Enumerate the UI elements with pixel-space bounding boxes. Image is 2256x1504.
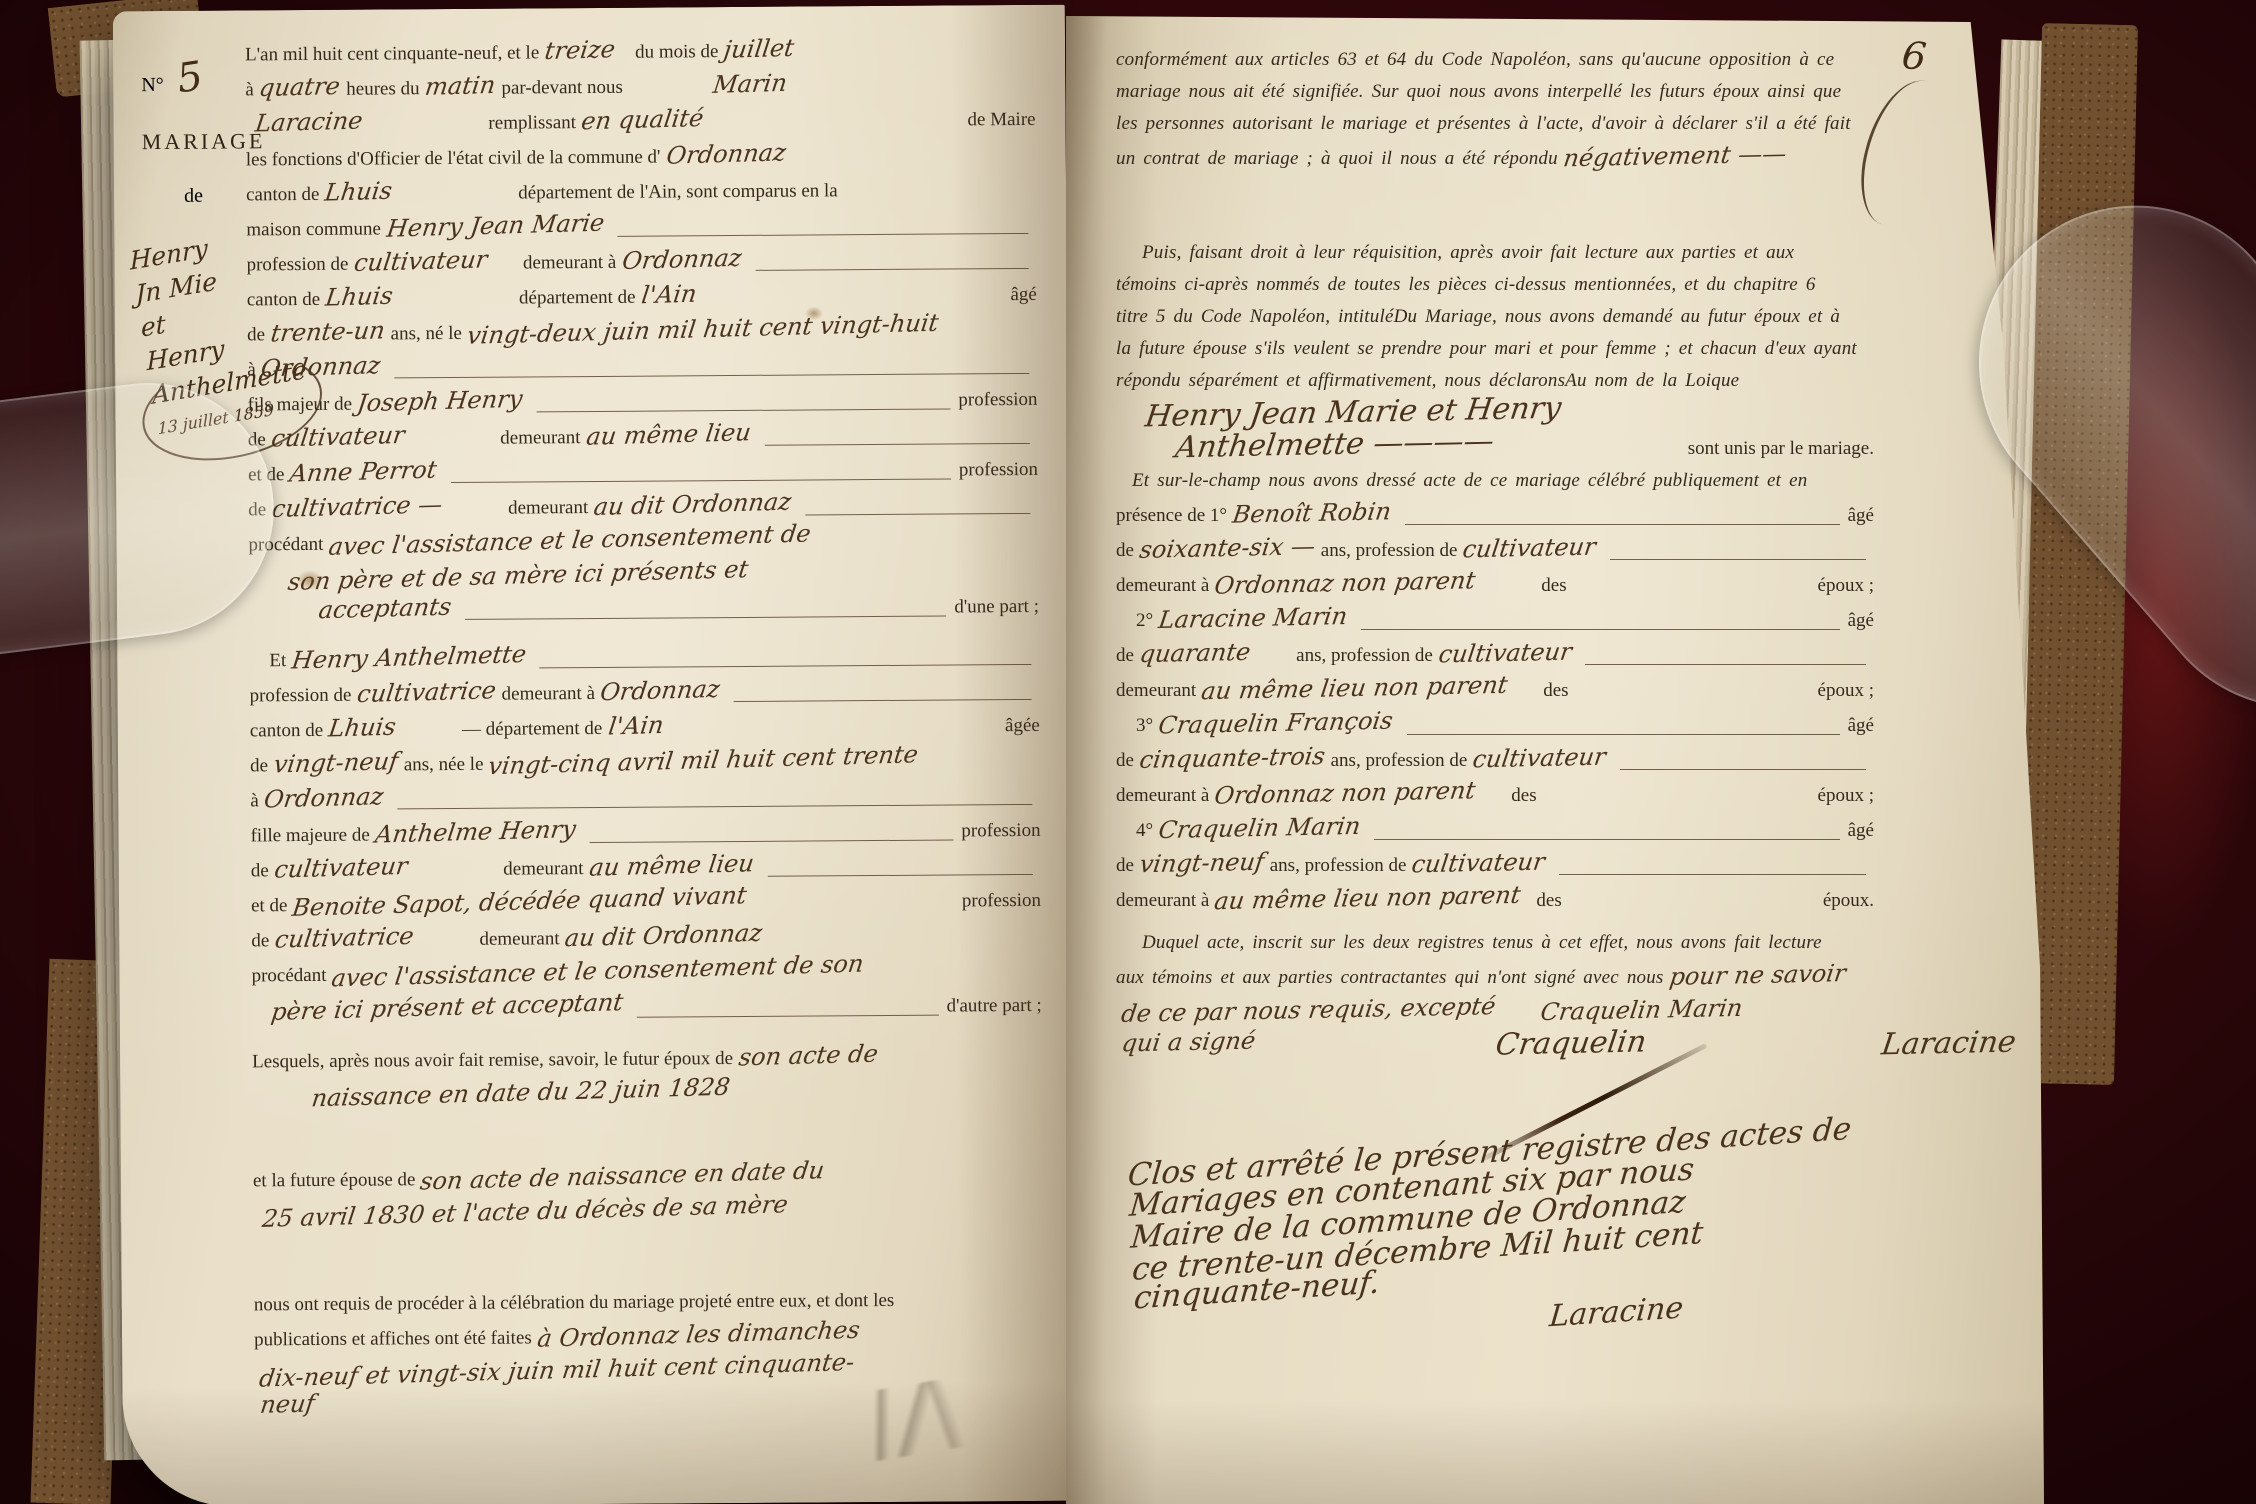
margin-name-line: Jn Mie [135, 259, 252, 313]
rule-line [1374, 839, 1839, 840]
handwritten-text: cinquante-trois [1137, 740, 1327, 776]
handwritten-text: qui a signé [1120, 1025, 1258, 1060]
form-line: fils majeur deJoseph Henryprofession [247, 381, 1037, 422]
printed-text: ans, né le [391, 318, 462, 350]
handwritten-text: cultivatrice [273, 920, 416, 956]
printed-text: fille majeure de [250, 820, 369, 853]
handwritten-text: soixante-six — [1137, 530, 1317, 566]
printed-text: un contrat de mariage ; à quoi il nous a… [1116, 143, 1558, 175]
form-line: la future épouse s'ils veulent se prendr… [1116, 333, 1874, 365]
handwritten-text: Ordonnaz [599, 673, 722, 708]
handwritten-text: vingt-deux juin mil huit cent vingt-huit [465, 307, 940, 352]
printed-text: d'autre part ; [946, 990, 1041, 1023]
handwritten-text: au même lieu non parent [1200, 669, 1510, 707]
margin-name-line: et [141, 292, 258, 346]
rule-line [637, 1015, 939, 1018]
handwritten-text: en qualité [580, 102, 706, 137]
form-line: Duquel acte, inscrit sur les deux regist… [1116, 927, 1874, 959]
handwritten-text: cultivateur [269, 419, 406, 455]
form-line: decultivateurdemeurantau même lieu [251, 847, 1041, 888]
printed-text: époux ; [1818, 780, 1874, 812]
printed-text: demeurant à [502, 678, 596, 711]
handwritten-text: cinquante-neuf. [1133, 1266, 1382, 1314]
printed-text: profession [958, 384, 1037, 417]
rule-line [1405, 524, 1840, 525]
printed-text: la future épouse s'ils veulent se prendr… [1116, 333, 1857, 365]
rule-line [734, 699, 1032, 702]
printed-text: fils majeur de [247, 389, 352, 422]
form-line: 3°Craquelin Françoisâgé [1116, 707, 1874, 742]
handwritten-text: Laracine Marin [1157, 600, 1350, 636]
rule-line [764, 443, 1029, 446]
page-number: 6 [1900, 33, 1929, 79]
printed-text: par-devant nous [501, 72, 623, 105]
form-line: profession decultivateurdemeurant àOrdon… [246, 241, 1036, 282]
handwritten-text: quatre [258, 70, 343, 104]
handwritten-text: Ordonnaz non parent [1213, 564, 1478, 601]
printed-text: de [251, 855, 269, 887]
printed-text: de [250, 750, 268, 782]
right-page: 6 conformément aux articles 63 et 64 du … [1066, 16, 2044, 1504]
printed-text: Lesquels, après nous avoir fait remise, … [252, 1043, 733, 1078]
printed-text: Puis, faisant droit à leur réquisition, … [1142, 237, 1794, 269]
printed-text: des [1511, 780, 1536, 812]
printed-text: âgé [1848, 710, 1874, 742]
printed-text: à [250, 785, 259, 817]
handwritten-text: ce trente-un décembre Mil huit cent [1131, 1217, 1705, 1286]
handwritten-text: de ce par nous requis, excepté [1119, 990, 1497, 1030]
form-line: les fonctions d'Officier de l'état civil… [246, 136, 1036, 177]
printed-text: âgé [1848, 815, 1874, 847]
rule-line [755, 268, 1028, 271]
printed-text: département de l'Ain, sont comparus en l… [518, 175, 838, 209]
handwritten-text: Ordonnaz [620, 242, 743, 277]
rule-line [1610, 559, 1866, 560]
handwritten-text: son père et de sa mère ici présents et [286, 553, 750, 598]
handwritten-text: treize [543, 33, 617, 67]
form-line: àquatreheures dumatinpar-devant nousMari… [245, 66, 1035, 107]
handwritten-text: son acte de naissance en date du [419, 1154, 827, 1197]
printed-text: profession [959, 454, 1038, 487]
handwritten-text: Craquelin Marin [1157, 810, 1363, 846]
handwritten-text: au même lieu non parent [1213, 879, 1523, 917]
printed-text: demeurant [479, 923, 559, 956]
rule-line [590, 839, 954, 843]
form-line: demeurant àOrdonnaz non parentdesépoux ; [1116, 777, 1874, 812]
handwritten-text: cultivateur [272, 850, 409, 886]
form-line: àOrdonnaz [250, 777, 1040, 818]
printed-text: demeurant à [1116, 780, 1209, 812]
rule-line [395, 373, 1030, 378]
printed-text: des [1536, 885, 1561, 917]
handwritten-text: père ici présent et acceptant [269, 986, 625, 1028]
form-line: 25 avril 1830 et l'acte du décès de sa m… [253, 1192, 1043, 1230]
margin-name-line: Henry [146, 326, 263, 380]
rule-line [398, 804, 1033, 809]
printed-text: ans, profession de [1331, 745, 1468, 777]
handwritten-text: juillet [722, 32, 796, 66]
form-line: et la future épouse deson acte de naissa… [253, 1157, 1043, 1198]
left-page-body: L'an mil huit cent cinquante-neuf, et le… [245, 31, 1045, 1420]
printed-text: L'an mil huit cent cinquante-neuf, et le [245, 37, 539, 71]
printed-text: de [1116, 850, 1134, 882]
printed-text: témoins ci-après nommés de toutes les pi… [1116, 269, 1816, 301]
printed-text: canton de [247, 284, 321, 317]
form-line: titre 5 du Code Napoléon, intitulé Du Ma… [1116, 301, 1874, 333]
handwritten-text: dix-neuf et vingt-six juin mil huit cent… [257, 1346, 856, 1395]
printed-text: âgée [1005, 710, 1040, 742]
printed-text: et la future épouse de [253, 1164, 416, 1197]
printed-text: Et [269, 645, 286, 677]
printed-text: Au nom de la Loi [1565, 365, 1711, 397]
handwritten-text: Craquelin Marin [1538, 992, 1744, 1028]
form-line: decultivatricedemeurantau dit Ordonnaz [251, 917, 1041, 958]
printed-text: à [245, 74, 254, 106]
printed-text: remplissant [488, 107, 576, 140]
form-line: et deAnne Perrotprofession [248, 451, 1038, 492]
handwritten-text: Henry Jean Marie et Henry [1143, 393, 1563, 434]
form-line: canton deLhuis— département del'Ainâgée [250, 707, 1040, 748]
printed-text: des [1541, 570, 1566, 602]
form-line: Puis, faisant droit à leur réquisition, … [1116, 237, 1874, 269]
printed-text: Et sur-le-champ nous avons dressé acte d… [1132, 465, 1807, 497]
printed-text: de [1116, 535, 1134, 567]
rule-line [767, 874, 1032, 877]
right-page-body: conformément aux articles 63 et 64 du Co… [1116, 44, 1874, 1058]
form-line: L'an mil huit cent cinquante-neuf, et le… [245, 31, 1035, 72]
printed-text: demeurant [1116, 675, 1196, 707]
handwritten-text: Lhuis [327, 711, 398, 745]
handwritten-text: cultivateur [1461, 531, 1598, 566]
printed-text: les fonctions d'Officier de l'état civil… [246, 142, 661, 177]
signature-block: Craquelin Laracine [1116, 1026, 1874, 1061]
form-line: demeurantau même lieu non parentdesépoux… [1116, 672, 1874, 707]
form-line: un contrat de mariage ; à quoi il nous a… [1116, 140, 1874, 175]
handwritten-text: négativement —— [1561, 138, 1788, 175]
form-line: naissance en date du 22 juin 1828 [252, 1073, 1042, 1111]
handwritten-text: Ordonnaz [664, 136, 787, 171]
form-line: procédantavec l'assistance et le consent… [251, 952, 1041, 993]
printed-text: de [1116, 640, 1134, 672]
handwritten-text: l'Ain [639, 278, 698, 312]
handwritten-text: vingt-neuf [1138, 846, 1267, 881]
handwritten-text: Anthelmette ———— [1173, 426, 1496, 465]
handwritten-text: au même lieu [587, 847, 756, 884]
printed-text: âgé [1010, 279, 1037, 311]
form-line: profession decultivatricedemeurant àOrdo… [249, 672, 1039, 713]
printed-text: profession de [246, 249, 348, 282]
handwritten-text: Lhuis [323, 175, 394, 209]
printed-text: — département de [462, 713, 603, 746]
left-page: N°5 MARIAGE de Henry Jn Mie et Henry Ant… [113, 5, 1075, 1504]
form-line: témoins ci-après nommés de toutes les pi… [1116, 269, 1874, 301]
form-line: decultivatrice —demeurantau dit Ordonnaz [248, 486, 1038, 527]
printed-text: de [1116, 745, 1134, 777]
handwritten-text: cultivateur [352, 243, 489, 279]
rule-line [465, 616, 946, 620]
printed-text: ans, profession de [1296, 640, 1433, 672]
printed-text: 3° [1136, 710, 1153, 742]
act-number-value: 5 [174, 53, 206, 102]
printed-text: demeurant à [523, 247, 617, 280]
printed-text: procédant [251, 960, 326, 993]
form-line: 4°Craquelin Marinâgé [1116, 812, 1874, 847]
printed-text: d'une part ; [954, 591, 1039, 624]
handwritten-text: vingt-neuf [272, 745, 400, 780]
printed-text: mariage nous ait été signifiée. Sur quoi… [1116, 76, 1841, 108]
form-line: detrente-unans, né levingt-deux juin mil… [247, 311, 1037, 352]
handwritten-text: vingt-cinq avril mil huit cent trente [487, 738, 921, 782]
form-line: nous ont requis de procéder à la célébra… [254, 1284, 1044, 1322]
printed-text: publications et affiches ont été faites [254, 1322, 532, 1356]
form-line: répondu séparément et affirmativement, n… [1116, 365, 1874, 397]
ink-smudge [739, 1364, 1046, 1482]
printed-text: profession [961, 815, 1040, 848]
handwritten-text: Craquelin François [1157, 705, 1396, 742]
printed-text: sont unis par le mariage. [1688, 433, 1874, 465]
form-line: 2°Laracine Marinâgé [1116, 602, 1874, 637]
form-line: decultivateurdemeurantau même lieu [248, 416, 1038, 457]
rule-line [451, 479, 951, 483]
form-line: Henry Jean Marie et Henry [1116, 397, 1874, 429]
rule-line [1620, 769, 1866, 770]
rule-line [540, 664, 1032, 668]
handwritten-text: trente-un [269, 314, 387, 349]
form-line: desoixante-six —ans, profession decultiv… [1116, 532, 1874, 567]
form-line: canton deLhuisdépartement de l'Ain, sont… [246, 171, 1036, 212]
act-number-label: N° [141, 74, 164, 96]
act-type-title: MARIAGE [142, 128, 260, 155]
handwritten-text: Ordonnaz [262, 780, 385, 815]
printed-text: Du Mariage [1394, 301, 1492, 333]
printed-text: ans, profession de [1321, 535, 1458, 567]
printed-text: maison commune [246, 213, 381, 246]
handwritten-text: au dit Ordonnaz [592, 486, 793, 524]
act-type-of: de [184, 184, 260, 208]
printed-text: ans, née le [404, 749, 484, 782]
rule-line [618, 233, 1029, 237]
printed-text: , nous avons demandé au futur époux et à [1492, 301, 1840, 333]
rule-line [805, 513, 1031, 516]
handwritten-text: Joseph Henry [356, 383, 525, 420]
form-line: decinquante-troisans, profession deculti… [1116, 742, 1874, 777]
printed-text: les personnes autorisant le mariage et p… [1116, 108, 1851, 140]
handwritten-text: avec l'assistance et le consentement de [327, 517, 813, 562]
printed-text: et de [251, 890, 288, 922]
form-line: aux témoins et aux parties contractantes… [1116, 959, 1874, 994]
printed-text: époux ; [1818, 675, 1874, 707]
handwritten-text: Anne Perrot [288, 454, 439, 490]
printed-text: nous ont requis de procéder à la célébra… [254, 1285, 895, 1321]
printed-text: demeurant [503, 853, 583, 886]
handwritten-text: cultivateur [1436, 636, 1573, 671]
printed-text: heures du [346, 73, 420, 106]
printed-text: Duquel acte, inscrit sur les deux regist… [1142, 927, 1822, 959]
handwritten-text: Benoite Sapot, décédée quand vivant [291, 879, 749, 924]
handwritten-text: au même lieu [584, 416, 753, 453]
printed-text: présence de 1° [1116, 500, 1227, 532]
handwritten-text: Henry Anthelmette [290, 638, 528, 677]
handwritten-text: cultivateur [1471, 741, 1608, 776]
handwritten-text: Henry Jean Marie [384, 207, 606, 245]
handwritten-text: 25 avril 1830 et l'acte du décès de sa m… [260, 1188, 790, 1235]
form-line: Laracineremplissanten qualitéde Maire [245, 101, 1035, 142]
handwritten-text: Mariages en contenant six par nous [1128, 1153, 1695, 1222]
form-line: neuf [254, 1383, 1044, 1421]
printed-text: de [247, 319, 265, 351]
printed-text: demeurant à [1116, 885, 1209, 917]
handwritten-text: Ordonnaz [259, 349, 382, 384]
printed-text: profession de [249, 680, 351, 713]
printed-text: département de [519, 282, 636, 315]
rule-line [1585, 664, 1866, 665]
left-margin-column: N°5 MARIAGE de Henry Jn Mie et Henry Ant… [141, 54, 262, 438]
handwritten-text: son acte de [737, 1038, 880, 1074]
handwritten-text: Anthelme Henry [373, 813, 578, 851]
form-line: son père et de sa mère ici présents et [249, 556, 1039, 594]
handwritten-text: au dit Ordonnaz [563, 917, 764, 955]
handwritten-text: naissance en date du 22 juin 1828 [310, 1071, 732, 1115]
handwritten-text: Ordonnaz non parent [1213, 774, 1478, 811]
form-line: fille majeure deAnthelme Henryprofession [250, 812, 1040, 853]
printed-text: conformément aux articles 63 et 64 du Co… [1116, 44, 1834, 76]
printed-text: que [1711, 365, 1739, 397]
form-line: demeurant àau même lieu non parentdesépo… [1116, 882, 1874, 917]
rule-line [1361, 629, 1840, 630]
form-line: présence de 1°Benoît Robinâgé [1116, 497, 1874, 532]
handwritten-text: acceptants [317, 591, 454, 627]
printed-text: de [251, 925, 269, 957]
handwritten-text: Benoît Robin [1231, 495, 1394, 530]
act-number: N°5 [141, 54, 259, 101]
printed-text: 4° [1136, 815, 1153, 847]
printed-text: canton de [246, 179, 320, 212]
form-line: demeurant àOrdonnaz non parentdesépoux ; [1116, 567, 1874, 602]
form-line: de ce par nous requis, exceptéCraquelin … [1116, 994, 1874, 1026]
handwritten-text: à Ordonnaz les dimanches [535, 1314, 861, 1355]
handwritten-text: l'Ain [606, 709, 665, 743]
form-line: dix-neuf et vingt-six juin mil huit cent… [254, 1351, 1044, 1389]
foxing-spot [297, 570, 323, 590]
handwritten-text: neuf [258, 1387, 316, 1421]
form-line: devingt-neufans, née levingt-cinq avril … [250, 742, 1040, 783]
form-line: mariage nous ait été signifiée. Sur quoi… [1116, 76, 1874, 108]
printed-text: ans, profession de [1270, 850, 1407, 882]
printed-text: répondu séparément et affirmativement, n… [1116, 365, 1565, 397]
foxing-spot [805, 306, 823, 320]
printed-text: de Maire [967, 104, 1035, 136]
signature-laracine-closing: Laracine [1548, 1292, 1685, 1333]
form-line: qui a signé [1116, 1026, 1874, 1058]
printed-text: des [1543, 675, 1568, 707]
form-line: maison communeHenry Jean Marie [246, 206, 1036, 247]
printed-text: âgé [1848, 605, 1874, 637]
printed-text: demeurant [508, 492, 588, 525]
handwritten-text: pour ne savoir [1667, 957, 1847, 993]
rule-line [1559, 874, 1866, 875]
form-line: devingt-neufans, profession decultivateu… [1116, 847, 1874, 882]
form-line: EtHenry Anthelmette [249, 637, 1039, 678]
rule-line [1407, 734, 1840, 735]
form-line: Lesquels, après nous avoir fait remise, … [252, 1038, 1042, 1079]
printed-text: demeurant [500, 422, 580, 455]
signature-laracine: Laracine [1879, 1025, 2018, 1063]
printed-text: du mois de [635, 36, 719, 69]
printed-text: 2° [1136, 605, 1153, 637]
page-number-paraph [1849, 71, 1946, 232]
handwritten-text: cultivatrice [355, 674, 498, 710]
printed-text: demeurant à [1116, 570, 1209, 602]
printed-text: époux. [1823, 885, 1874, 917]
form-line: dequaranteans, profession decultivateur [1116, 637, 1874, 672]
handwritten-text: Lhuis [324, 280, 395, 314]
handwritten-text: matin [423, 69, 497, 103]
margin-name-line: Henry [130, 225, 247, 279]
form-line: acceptantsd'une part ; [249, 588, 1039, 629]
printed-text: titre 5 du Code Napoléon, intitulé [1116, 301, 1394, 333]
handwritten-text: quarante [1138, 636, 1253, 670]
form-line: Anthelmette ————sont unis par le mariage… [1116, 429, 1874, 465]
printed-text: profession [962, 885, 1041, 918]
form-line: et deBenoite Sapot, décédée quand vivant… [251, 882, 1041, 923]
form-line: canton deLhuisdépartement del'Ainâgé [247, 276, 1037, 317]
form-line: père ici présent et acceptantd'autre par… [252, 987, 1042, 1028]
form-line: les personnes autorisant le mariage et p… [1116, 108, 1874, 140]
form-line: àOrdonnaz [247, 346, 1037, 387]
form-line: conformément aux articles 63 et 64 du Co… [1116, 44, 1874, 76]
form-line: Et sur-le-champ nous avons dressé acte d… [1116, 465, 1874, 497]
printed-text: à [247, 354, 256, 386]
handwritten-text: cultivateur [1410, 846, 1547, 881]
handwritten-text: Maire de la commune de Ordonnaz [1129, 1186, 1687, 1254]
printed-text: époux ; [1818, 570, 1874, 602]
handwritten-text: avec l'assistance et le consentement de … [330, 948, 866, 995]
signature-craquelin: Craquelin [1493, 1024, 1648, 1062]
handwritten-text: Marin [711, 67, 789, 101]
printed-text: canton de [250, 715, 324, 748]
form-line: publications et affiches ont été faitesà… [254, 1316, 1044, 1357]
form-line: procédantavec l'assistance et le consent… [248, 521, 1038, 562]
handwritten-text: cultivatrice — [270, 488, 444, 525]
rule-line [537, 409, 951, 413]
printed-text: âgé [1848, 500, 1874, 532]
handwritten-text: Laracine [253, 104, 364, 139]
printed-text: aux témoins et aux parties contractantes… [1116, 962, 1664, 994]
